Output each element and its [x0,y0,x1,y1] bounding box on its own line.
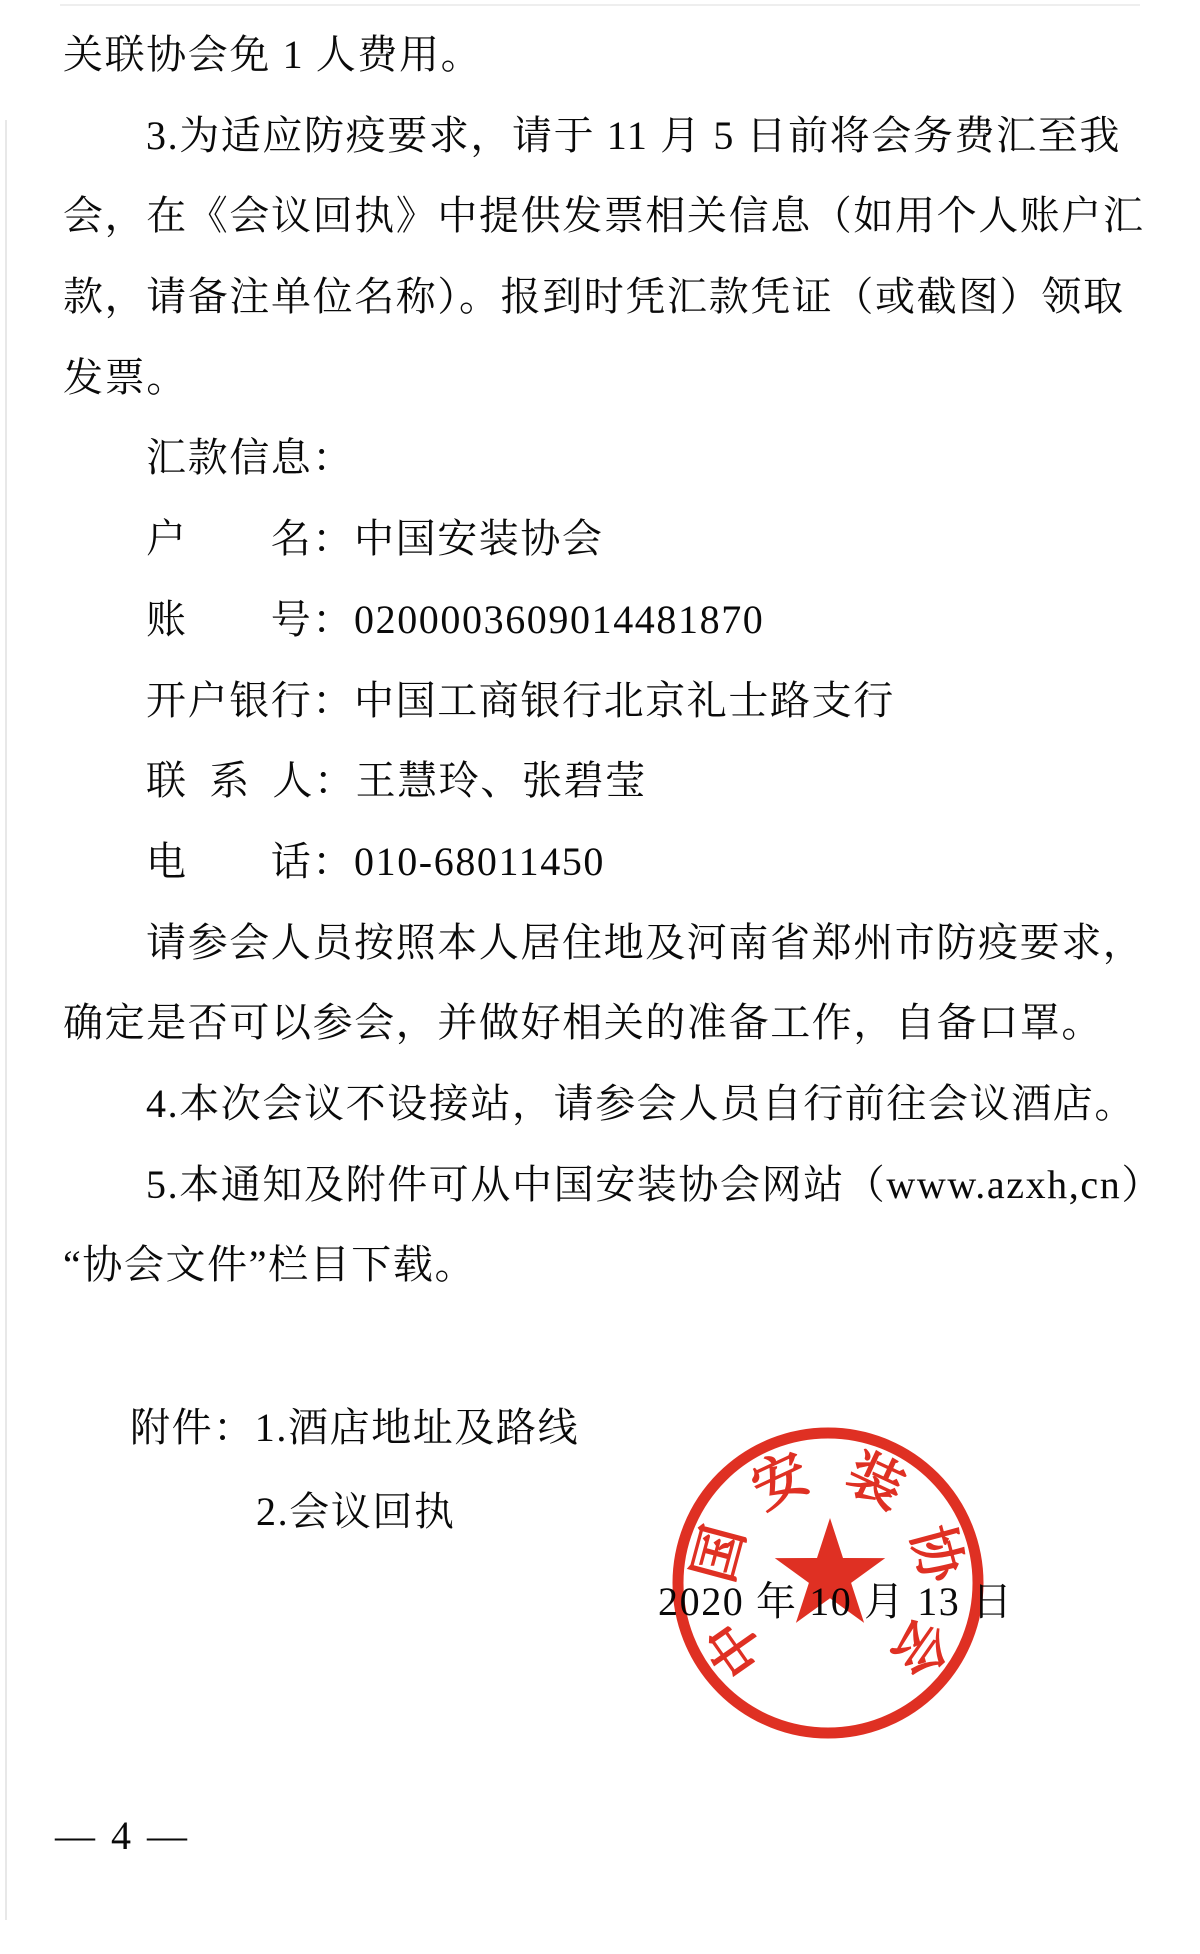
body-line: 会，在《会议回执》中提供发票相关信息（如用个人账户汇 [63,176,1153,257]
body-line: 汇款信息： [63,418,1153,499]
body-line: 确定是否可以参会，并做好相关的准备工作，自备口罩。 [63,983,1153,1064]
star-icon [775,1518,885,1623]
remittance-account-number: 账 号：0200003609014481870 [63,580,1153,661]
contact-phone: 电 话：010-68011450 [63,822,1153,903]
seal-char: 协 [900,1519,974,1590]
remittance-account-name: 户 名：中国安装协会 [63,499,1153,580]
seal-char: 国 [683,1519,756,1588]
body-line: 关联协会免 1 人费用。 [63,15,1153,96]
body-line: “协会文件”栏目下载。 [63,1225,1153,1306]
page-number: — 4 — [55,1812,190,1859]
body-line: 4.本次会议不设接站，请参会人员自行前往会议酒店。 [63,1064,1153,1145]
body-line: 5.本通知及附件可从中国安装协会网站（www.azxh,cn） [63,1145,1153,1226]
body-line: 款，请备注单位名称）。报到时凭汇款凭证（或截图）领取 [63,257,1153,338]
remittance-bank: 开户银行：中国工商银行北京礼士路支行 [63,661,1153,742]
document-page: 关联协会免 1 人费用。 3.为适应防疫要求，请于 11 月 5 日前将会务费汇… [0,0,1200,1954]
body-line: 发票。 [63,338,1153,419]
body-line: 3.为适应防疫要求，请于 11 月 5 日前将会务费汇至我 [63,96,1153,177]
attachment-item-1: 附件：1.酒店地址及路线 [130,1404,579,1452]
scan-edge-artifact [5,120,7,1920]
attachment-item-2: 2.会议回执 [256,1488,456,1536]
document-body: 关联协会免 1 人费用。 3.为适应防疫要求，请于 11 月 5 日前将会务费汇… [63,0,1153,1306]
contact-persons: 联 系 人：王慧玲、张碧莹 [63,741,1153,822]
official-seal: 中 国 安 装 协 会 [658,1413,998,1753]
body-line: 请参会人员按照本人居住地及河南省郑州市防疫要求， [63,903,1153,984]
